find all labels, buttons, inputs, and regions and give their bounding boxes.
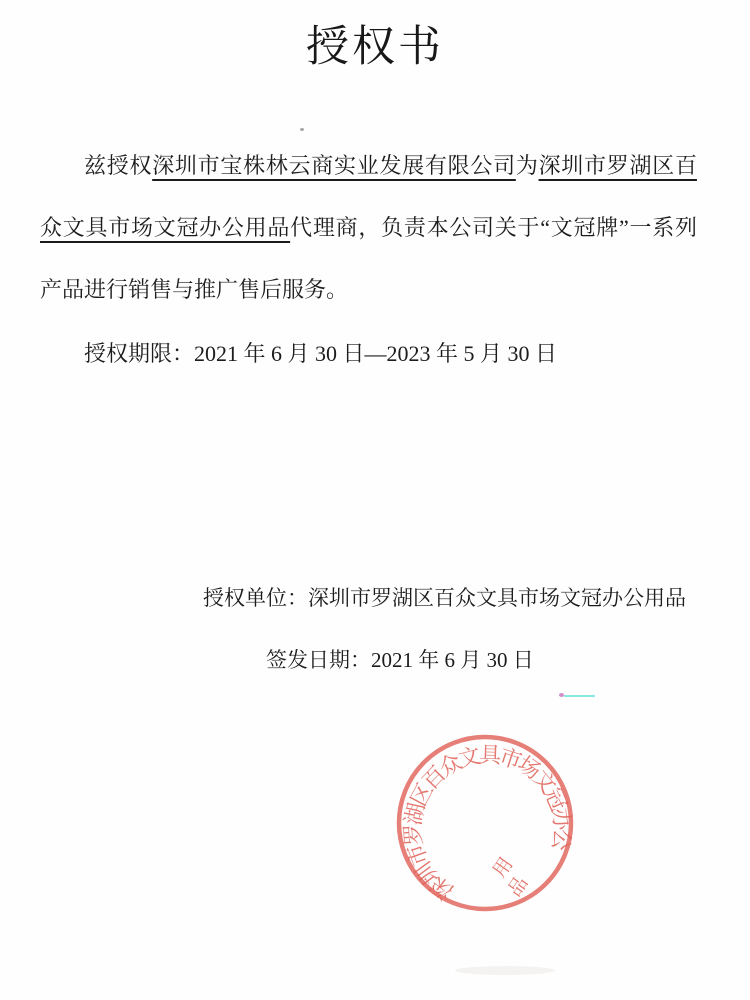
document-title: 授权书 (0, 26, 750, 69)
seal-ring (399, 737, 571, 909)
scan-smudge-artifact (455, 966, 555, 975)
issuer-value: 深圳市罗湖区百众文具市场文冠办公用品 (308, 586, 686, 610)
signature-block: 授权单位：深圳市罗湖区百众文具市场文冠办公用品 签发日期：2021 年 6 月 … (203, 567, 750, 691)
svg-text:众: 众 (435, 749, 467, 782)
issuer-label: 授权单位： (203, 586, 308, 610)
svg-text:公: 公 (547, 827, 575, 852)
scan-cyan-line-artifact (564, 695, 595, 697)
svg-text:区: 区 (406, 779, 438, 810)
svg-text:具: 具 (479, 742, 503, 768)
issue-date-label: 签发日期： (266, 648, 371, 672)
svg-text:深: 深 (425, 872, 458, 905)
seal-center-text: 用品 (489, 854, 532, 901)
period-label: 授权期限： (84, 341, 194, 366)
paragraph-connector: 为 (516, 153, 539, 178)
svg-text:市: 市 (496, 743, 525, 774)
svg-text:用: 用 (489, 854, 517, 882)
period-value: 2021 年 6 月 30 日—2023 年 5 月 30 日 (194, 341, 557, 366)
svg-text:办: 办 (547, 806, 575, 832)
svg-text:文: 文 (456, 742, 483, 772)
seal-arc-text: 深圳市罗湖区百众文具市场文冠办公 (374, 716, 589, 912)
scan-speck-artifact (300, 128, 304, 131)
svg-text:圳: 圳 (411, 857, 444, 890)
company-seal-stamp-icon: 深圳市罗湖区百众文具市场文冠办公 用品 (365, 703, 605, 943)
svg-text:湖: 湖 (400, 801, 429, 828)
svg-text:百: 百 (417, 761, 450, 794)
paragraph-prefix: 兹授权 (84, 153, 152, 178)
issuer-line: 授权单位：深圳市罗湖区百众文具市场文冠办公用品 (203, 567, 750, 629)
svg-text:冠: 冠 (540, 784, 572, 814)
authorization-period-line: 授权期限：2021 年 6 月 30 日—2023 年 5 月 30 日 (40, 323, 710, 385)
svg-text:文: 文 (528, 765, 561, 798)
issue-date-value: 2021 年 6 月 30 日 (371, 648, 534, 672)
svg-text:场: 场 (513, 751, 545, 784)
authorized-company-name: 深圳市宝株林云商实业发展有限公司 (152, 153, 516, 178)
authorization-paragraph: 兹授权深圳市宝株林云商实业发展有限公司为深圳市罗湖区百众文具市场文冠办公用品代理… (40, 135, 697, 321)
svg-text:品: 品 (504, 872, 533, 900)
svg-text:市: 市 (402, 840, 433, 869)
issue-date-line: 签发日期：2021 年 6 月 30 日 (266, 629, 750, 691)
svg-text:罗: 罗 (400, 823, 426, 847)
authorization-letter-page: 授权书 兹授权深圳市宝株林云商实业发展有限公司为深圳市罗湖区百众文具市场文冠办公… (0, 0, 750, 1000)
